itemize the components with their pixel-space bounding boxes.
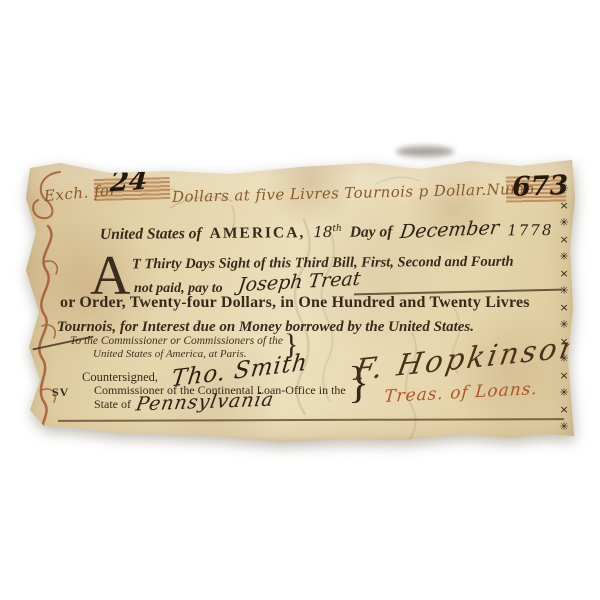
exchange-body-text: Dollars at five Livres Tournois p Dollar… [172, 182, 487, 206]
day-of-label: Day of [350, 223, 393, 241]
addressee-line-1: To the Commissioner or Commissioners of … [70, 335, 283, 348]
exchange-amount-handwritten: 24 [109, 165, 149, 199]
bill-of-exchange-document: Exch. for 24 Dollars at five Livres Tour… [24, 158, 576, 442]
body-line-4: Tournois, for Interest due on Money borr… [57, 319, 474, 336]
payee-name-handwritten: Joseph Treat [237, 269, 362, 297]
photo-background: Exch. for 24 Dollars at five Livres Tour… [0, 0, 600, 600]
exchange-body-line: Dollars at five Livres Tournois p Dollar… [172, 181, 520, 206]
body-line-3: or Order, Twenty-four Dollars, in One Hu… [60, 294, 530, 312]
day-handwritten: 18th [313, 224, 342, 241]
treasurer-signature: F. Hopkinson [352, 330, 585, 388]
year-handwritten: 1778 [507, 222, 553, 240]
state-of-label: State of [94, 398, 131, 412]
plate-letters: SV [52, 386, 69, 400]
exchange-prefix: Exch. for [43, 182, 117, 206]
month-handwritten: December [399, 218, 501, 244]
country-name: AMERICA, [210, 224, 306, 243]
ink-smudge [396, 146, 454, 157]
addressee-line-2: United States of America, at Paris. [93, 348, 246, 361]
state-name-handwritten: Pennsylvania [134, 390, 276, 417]
date-line: United States of AMERICA, 18th Day of De… [100, 219, 554, 245]
day-ordinal-suffix: th [332, 224, 342, 234]
day-number: 18 [313, 223, 332, 241]
right-border-ornament: ✳×✳×✳×✳×✳×✳×✳×✳× [557, 182, 570, 438]
treasurer-title-red-ink: Treas. of Loans. [383, 380, 538, 408]
bottom-rule-line [58, 418, 564, 422]
date-printed-prefix: United States of [100, 225, 202, 244]
